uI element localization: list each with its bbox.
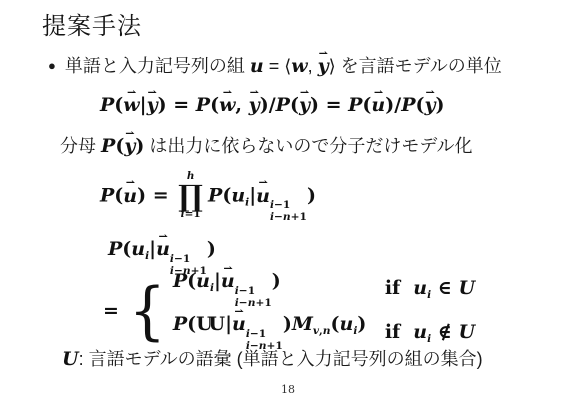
bullet-marker-icon: ● [48,58,56,73]
case-expr-in-vocab: P(ui|⇀ui−1i−n+1) [173,270,385,308]
bullet-item: ● 単語と入力記号列の組 u = ⟨w, ⇀y⟩ を言語モデルの単位 [48,52,502,78]
slide: 提案手法 ● 単語と入力記号列の組 u = ⟨w, ⇀y⟩ を言語モデルの単位 … [0,0,576,410]
cases-brace: { [129,280,166,343]
bullet-text: 単語と入力記号列の組 u = ⟨w, ⇀y⟩ を言語モデルの単位 [65,52,502,78]
formula-conditional-probability: P(⇀w|⇀y) = P(⇀w, ⇀y)/P(⇀y) = P(⇀u)/P(⇀y) [100,94,445,116]
cases-equals-sign: = [103,300,119,322]
case-cond-unknown: ifui ∉ U [385,321,475,345]
cases-rows: P(ui|⇀ui−1i−n+1) ifui ∈ U P(UU|⇀ui−1i−n+… [173,270,475,352]
slide-title: 提案手法 [42,6,142,41]
page-number: 18 [0,383,576,396]
case-cond-in-vocab: ifui ∈ U [385,277,475,301]
denominator-note: 分母 P(⇀y) は出力に依らないので分子だけモデル化 [60,132,472,158]
vocabulary-note: U: 言語モデルの語彙 (単語と入力記号列の組の集合) [62,345,483,371]
formula-product: P(⇀u) = h∏i=1P(ui|⇀ui−1i−n+1) [100,172,316,223]
formula-cases: = { P(ui|⇀ui−1i−n+1) ifui ∈ U P(UU|⇀ui−1… [103,270,475,352]
